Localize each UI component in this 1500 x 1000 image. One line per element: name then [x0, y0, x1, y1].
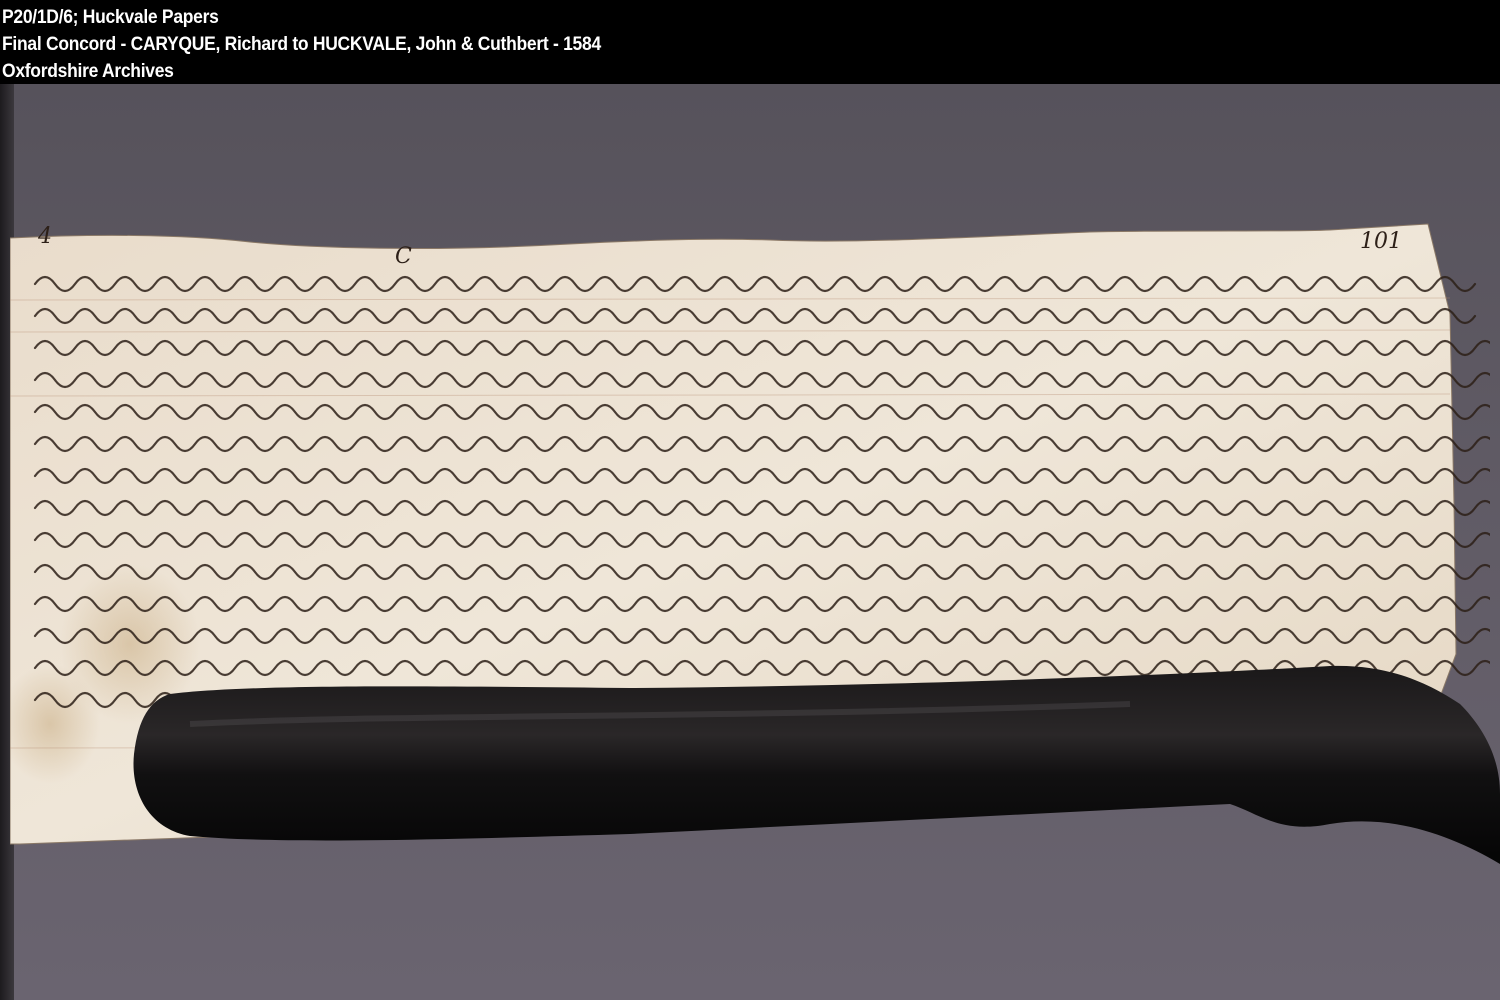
caption-repository: Oxfordshire Archives — [2, 58, 1380, 85]
caption-title: Final Concord - CARYQUE, Richard to HUCK… — [2, 31, 1380, 58]
leather-tube — [130, 664, 1500, 864]
caption-bar: P20/1D/6; Huckvale Papers Final Concord … — [0, 0, 1500, 84]
document-photograph: 4 C 101 — [0, 84, 1500, 1000]
caption-reference: P20/1D/6; Huckvale Papers — [2, 4, 1380, 31]
